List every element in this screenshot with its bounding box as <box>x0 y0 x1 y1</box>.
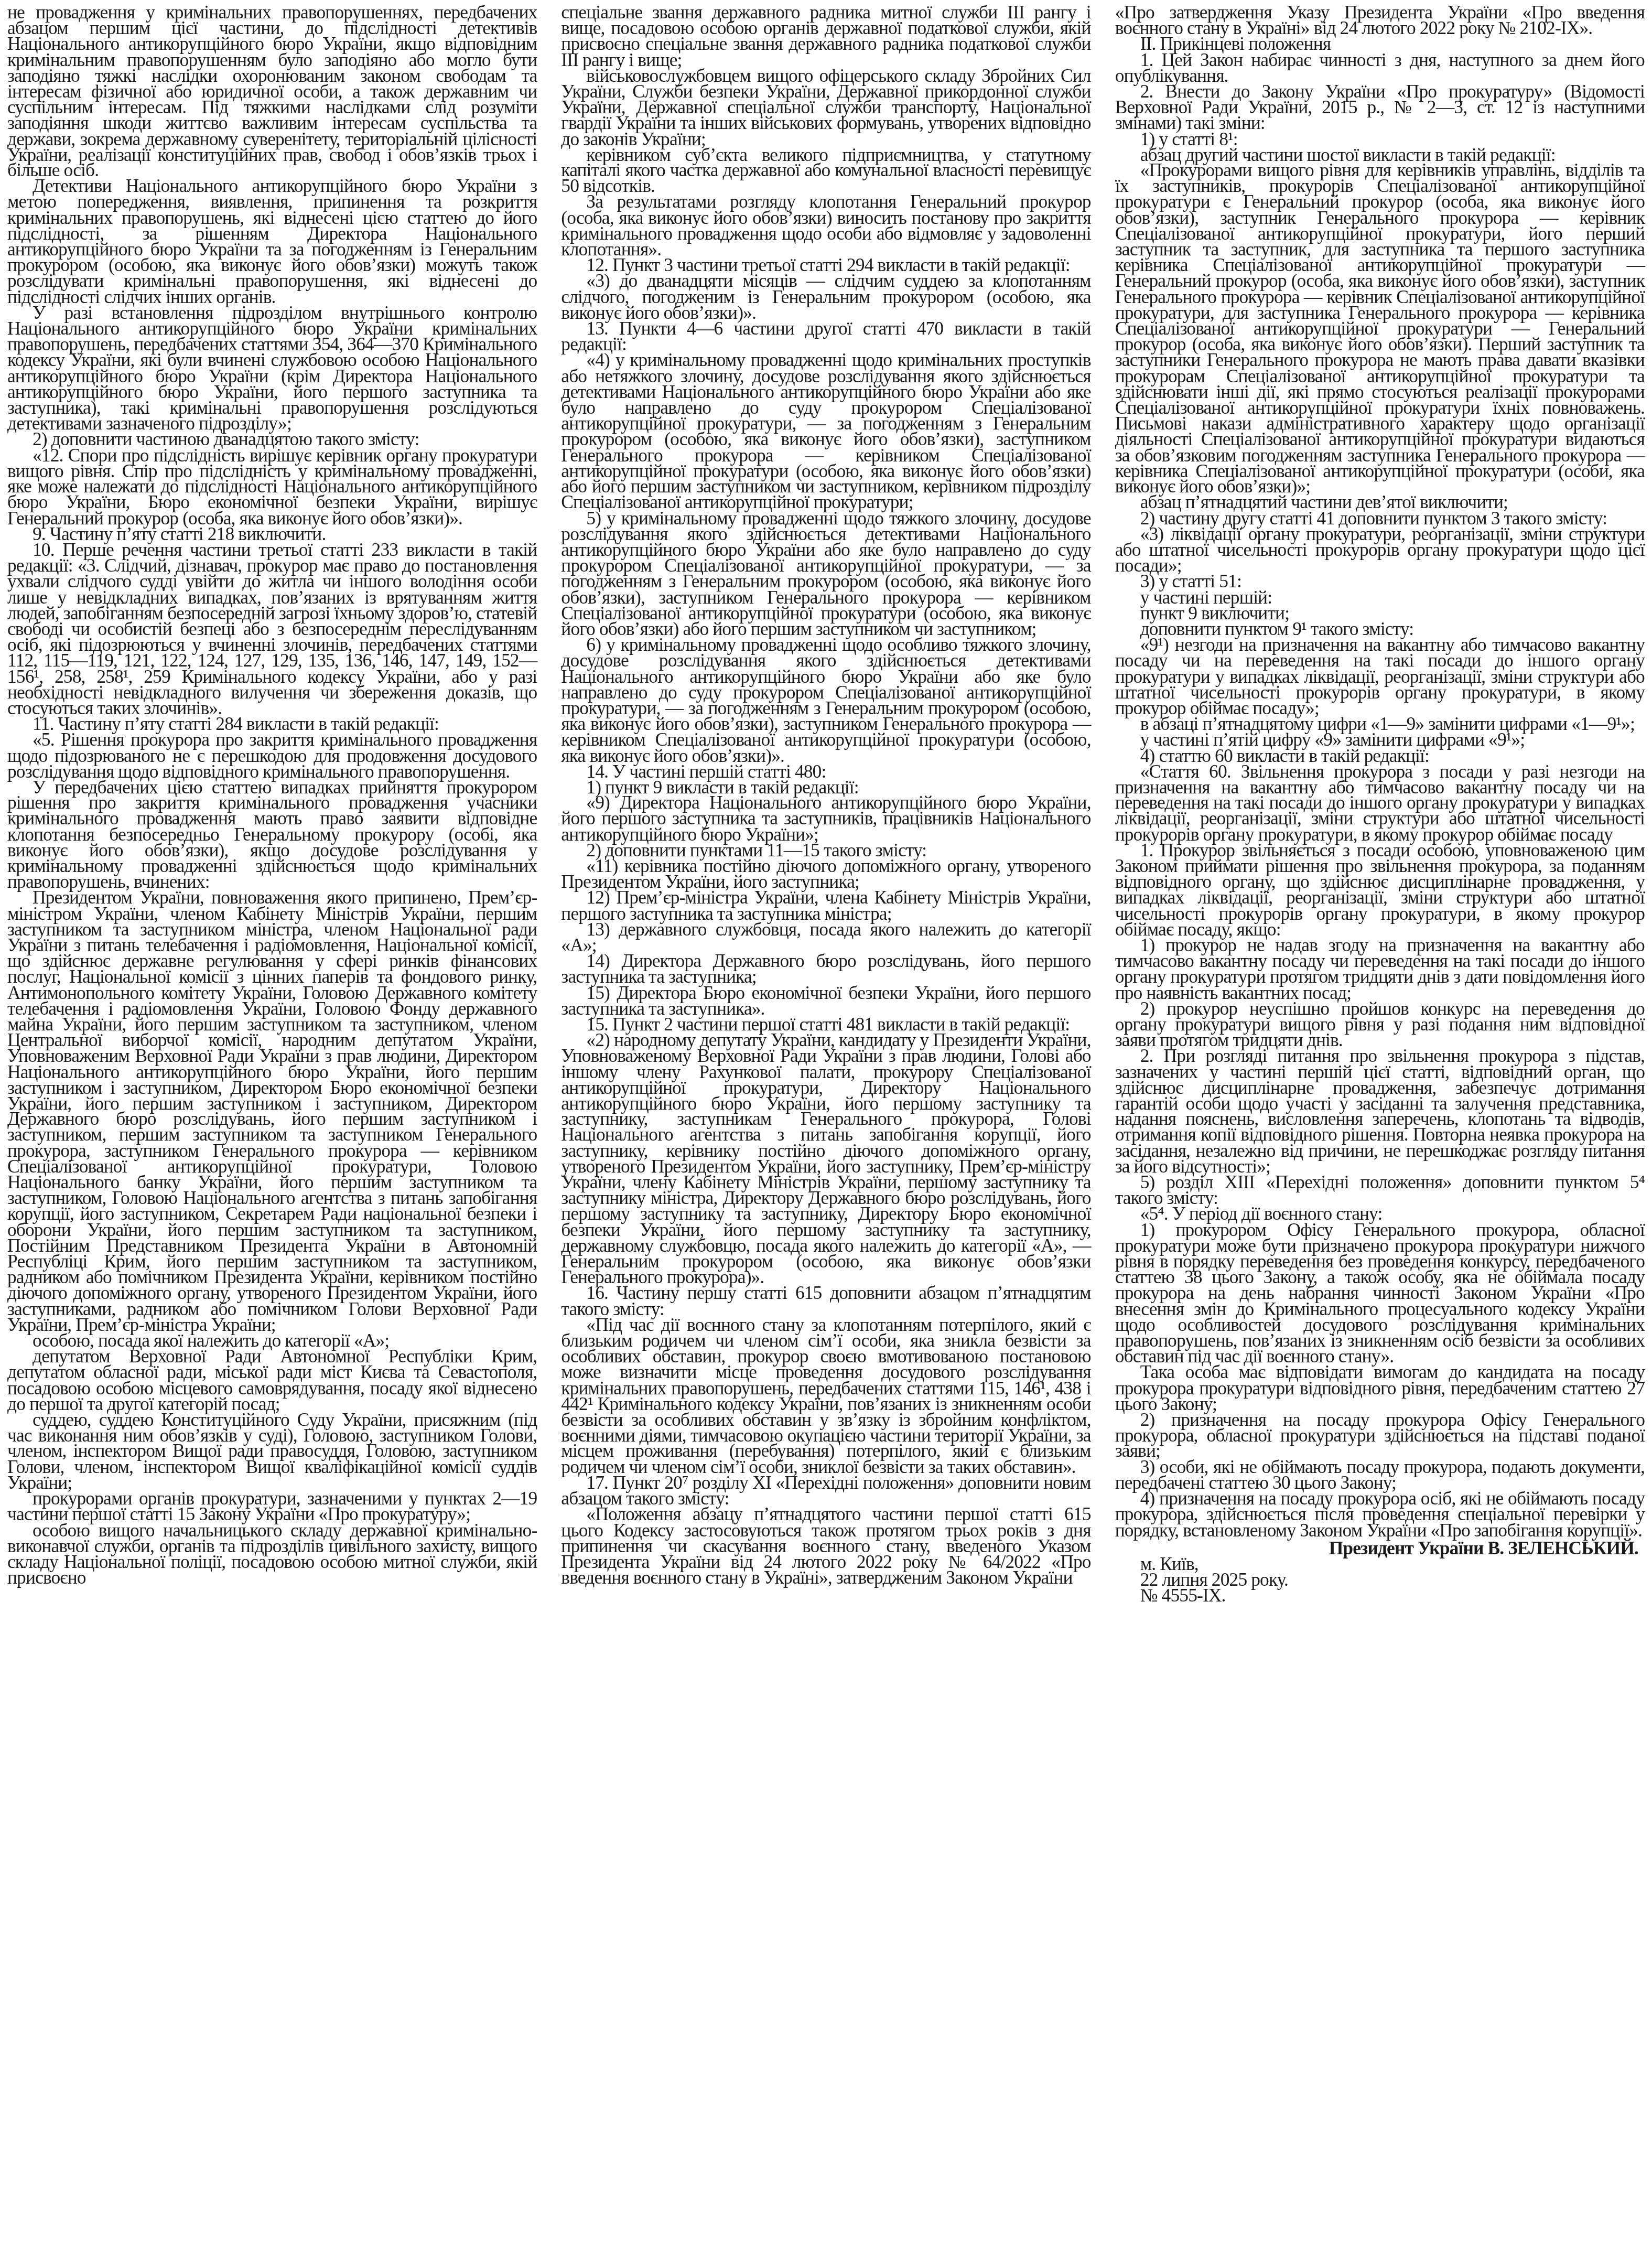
paragraph: «Положення абзацу п’ятнадцятого частини … <box>561 1507 1090 1586</box>
paragraph: «Стаття 60. Звільнення прокурора з посад… <box>1115 763 1645 842</box>
paragraph: 10. Перше речення частини третьої статті… <box>7 542 537 716</box>
paragraph: «12. Спори про підслідність вирішує кері… <box>7 447 537 526</box>
paragraph: «5. Рішення прокурора про закриття кримі… <box>7 732 537 779</box>
paragraph: спеціальне звання державного радника мит… <box>561 4 1090 68</box>
paragraph: 1. Прокурор звільняється з посади особою… <box>1115 842 1645 937</box>
paragraph: «3) ліквідації органу прокуратури, реорг… <box>1115 526 1645 573</box>
paragraph: «4) у кримінальному провадженні щодо кри… <box>561 352 1090 510</box>
text-column-left: не провадження у кримінальних правопоруш… <box>7 4 537 2243</box>
paragraph: 14) Директора Державного бюро розслідува… <box>561 953 1090 984</box>
paragraph: 17. Пункт 20⁷ розділу XI «Перехідні поло… <box>561 1475 1090 1506</box>
paragraph: 5) у кримінальному провадженні щодо тяжк… <box>561 510 1090 637</box>
paragraph: Президентом України, повноваження якого … <box>7 890 537 1332</box>
paragraph: «Про затвердження Указу Президента Украї… <box>1115 4 1645 36</box>
text-column-middle: спеціальне звання державного радника мит… <box>561 4 1090 2243</box>
paragraph: 15) Директора Бюро економічної безпеки У… <box>561 985 1090 1016</box>
paragraph: Детективи Національного антикорупційного… <box>7 178 537 305</box>
paragraph: 2. При розгляді питання про звільнення п… <box>1115 1048 1645 1174</box>
paragraph: керівником суб’єкта великого підприємниц… <box>561 146 1090 193</box>
document-page: не провадження у кримінальних правопоруш… <box>0 0 1652 2247</box>
paragraph: 2) прокурор неуспішно пройшов конкурс на… <box>1115 1001 1645 1048</box>
text-column-right: «Про затвердження Указу Президента Украї… <box>1115 4 1645 2243</box>
paragraph: 1. Цей Закон набирає чинності з дня, нас… <box>1115 51 1645 83</box>
paragraph: «9¹) незгоди на призначення на вакантну … <box>1115 637 1645 716</box>
paragraph: 13. Пункти 4—6 частини другої статті 470… <box>561 320 1090 352</box>
paragraph: «2) народному депутату України, кандидат… <box>561 1032 1090 1285</box>
paragraph: 5) розділ XIII «Перехідні положення» доп… <box>1115 1174 1645 1206</box>
paragraph: 6) у кримінальному провадженні щодо особ… <box>561 637 1090 763</box>
paragraph: військовослужбовцем вищого офіцерського … <box>561 68 1090 147</box>
paragraph: За результатами розгляду клопотання Гене… <box>561 194 1090 257</box>
paragraphs-slot: «Про затвердження Указу Президента Украї… <box>1115 4 1645 1538</box>
paragraph: 16. Частину першу статті 615 доповнити а… <box>561 1285 1090 1316</box>
paragraph: прокурорами органів прокуратури, зазначе… <box>7 1490 537 1522</box>
paragraph: 12) Прем’єр-міністра України, члена Кабі… <box>561 890 1090 921</box>
paragraph: 1) прокурором Офісу Генерального прокуро… <box>1115 1222 1645 1364</box>
paragraph: «9) Директора Національного антикорупцій… <box>561 795 1090 842</box>
paragraph: суддею, суддею Конституційного Суду Укра… <box>7 1412 537 1491</box>
paragraph: не провадження у кримінальних правопоруш… <box>7 4 537 178</box>
paragraph: «3) до дванадцяти місяців — слідчим судд… <box>561 273 1090 320</box>
paragraph: 2) призначення на посаду прокурора Офісу… <box>1115 1412 1645 1459</box>
paragraph: 4) призначення на посаду прокурора осіб,… <box>1115 1490 1645 1538</box>
paragraph: депутатом Верховної Ради Автономної Респ… <box>7 1348 537 1412</box>
paragraph: 1) прокурор не надав згоду на призначенн… <box>1115 937 1645 1001</box>
paragraph: 2. Внести до Закону України «Про прокура… <box>1115 83 1645 131</box>
law-number: № 4555-IX. <box>1115 1587 1645 1603</box>
paragraph: «Під час дії воєнного стану за клопотанн… <box>561 1317 1090 1475</box>
paragraph: У разі встановлення підрозділом внутрішн… <box>7 305 537 431</box>
paragraph: «11) керівника постійно діючого допоміжн… <box>561 858 1090 889</box>
paragraph: 13) державного службовця, посада якого н… <box>561 921 1090 953</box>
paragraph: Така особа має відповідати вимогам до ка… <box>1115 1364 1645 1411</box>
paragraph: 3) особи, які не обіймають посаду прокур… <box>1115 1459 1645 1490</box>
paragraph: У передбачених цією статтею випадках при… <box>7 779 537 890</box>
paragraph: «Прокурорами вищого рівня для керівників… <box>1115 163 1645 494</box>
paragraph: особою вищого начальницького складу держ… <box>7 1522 537 1586</box>
